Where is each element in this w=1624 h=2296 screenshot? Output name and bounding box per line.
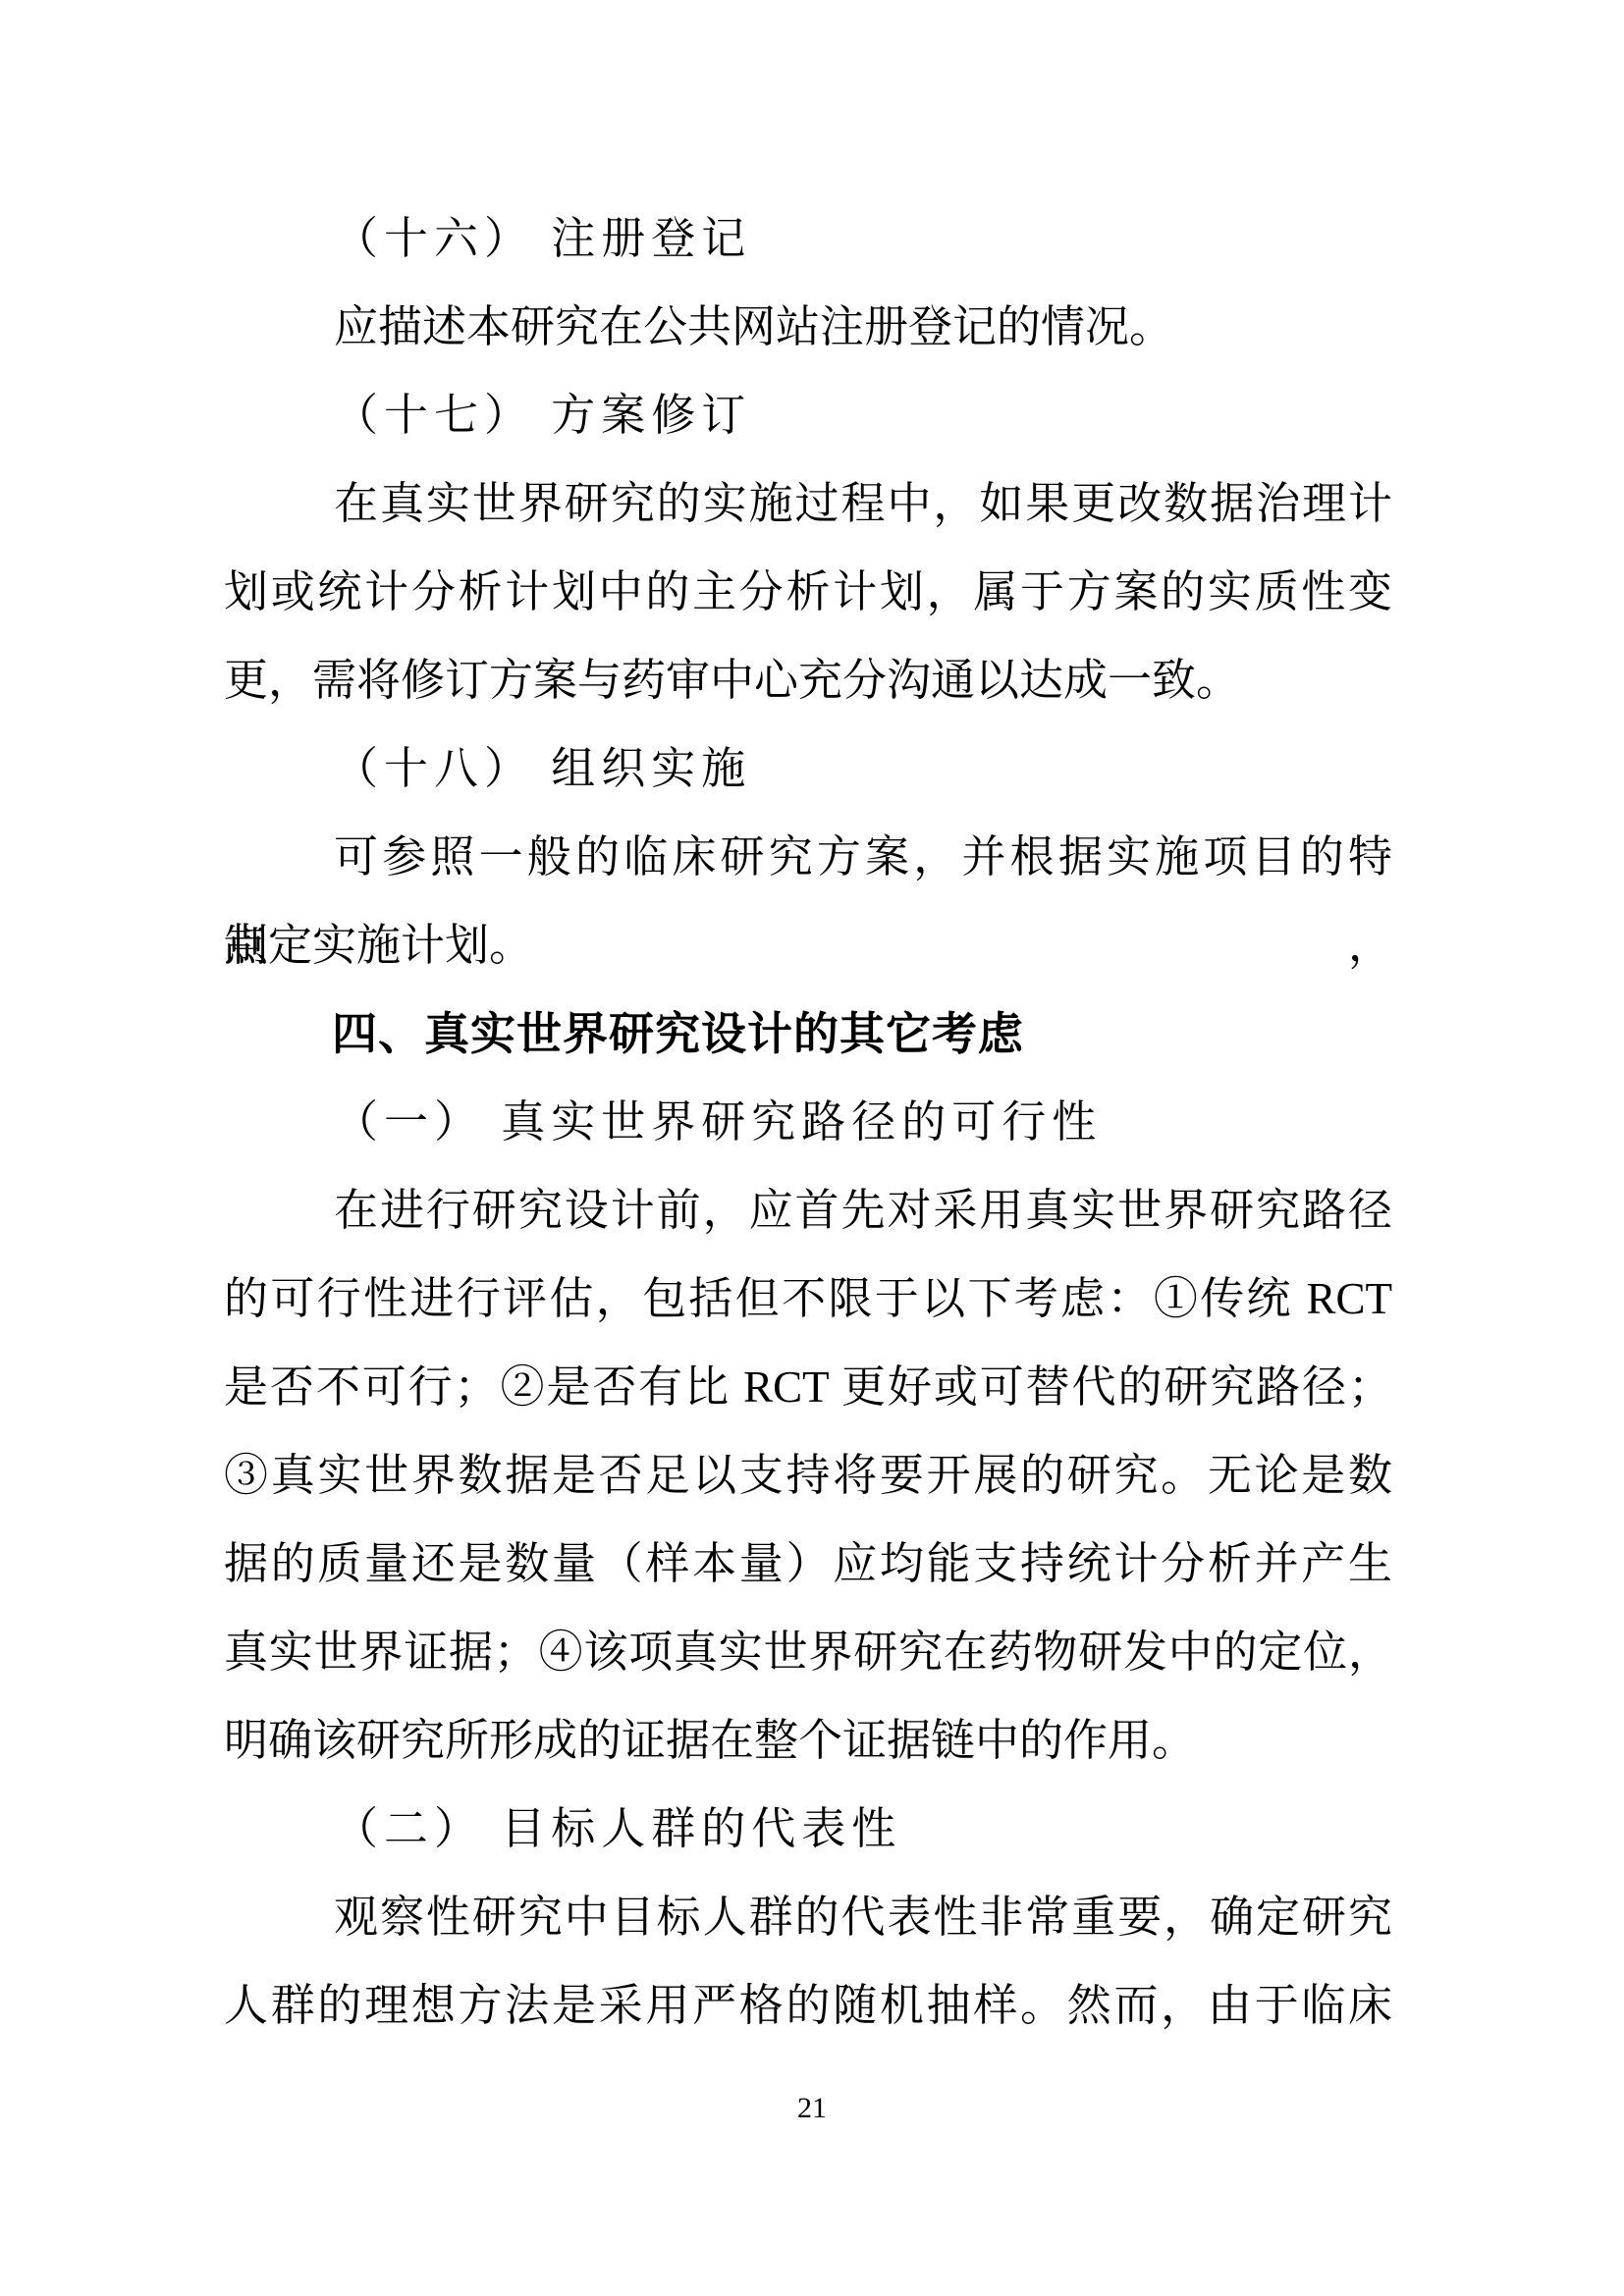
text-line: 更，需将修订方案与药审中心充分沟通以达成一致。 [224, 636, 1392, 724]
text-line: 在真实世界研究的实施过程中，如果更改数据治理计 [224, 459, 1392, 548]
text-line: 人群的理想方法是采用严格的随机抽样。然而，由于临床 [224, 1961, 1392, 2050]
text-line: 可参照一般的临床研究方案，并根据实施项目的特点， [224, 813, 1392, 901]
text-line: 应描述本研究在公共网站注册登记的情况。 [224, 283, 1392, 371]
section-heading: （二） 目标人群的代表性 [224, 1785, 1392, 1873]
text-line: 真实世界证据；④该项真实世界研究在药物研发中的定位， [224, 1608, 1392, 1696]
text-column: （十六） 注册登记 应描述本研究在公共网站注册登记的情况。 （十七） 方案修订 … [224, 194, 1392, 2050]
section-heading: （十八） 组织实施 [224, 724, 1392, 813]
text-line: 划或统计分析计划中的主分析计划，属于方案的实质性变 [224, 548, 1392, 636]
text-line: 是否不可行；②是否有比 RCT 更好或可替代的研究路径； [224, 1343, 1392, 1431]
section-heading: （一） 真实世界研究路径的可行性 [224, 1078, 1392, 1166]
section-heading: （十六） 注册登记 [224, 194, 1392, 283]
text-line: 据的质量还是数量（样本量）应均能支持统计分析并产生 [224, 1520, 1392, 1608]
text-line: 在进行研究设计前，应首先对采用真实世界研究路径 [224, 1166, 1392, 1255]
page-number: 21 [0, 2087, 1624, 2130]
text-line: 明确该研究所形成的证据在整个证据链中的作用。 [224, 1696, 1392, 1785]
document-page: （十六） 注册登记 应描述本研究在公共网站注册登记的情况。 （十七） 方案修订 … [0, 0, 1624, 2296]
section-heading: （十七） 方案修订 [224, 371, 1392, 459]
chapter-heading: 四、真实世界研究设计的其它考虑 [224, 989, 1392, 1078]
text-line: 的可行性进行评估，包括但不限于以下考虑：①传统 RCT [224, 1255, 1392, 1343]
text-line: ③真实世界数据是否足以支持将要开展的研究。无论是数 [224, 1431, 1392, 1520]
text-line: 观察性研究中目标人群的代表性非常重要，确定研究 [224, 1873, 1392, 1961]
